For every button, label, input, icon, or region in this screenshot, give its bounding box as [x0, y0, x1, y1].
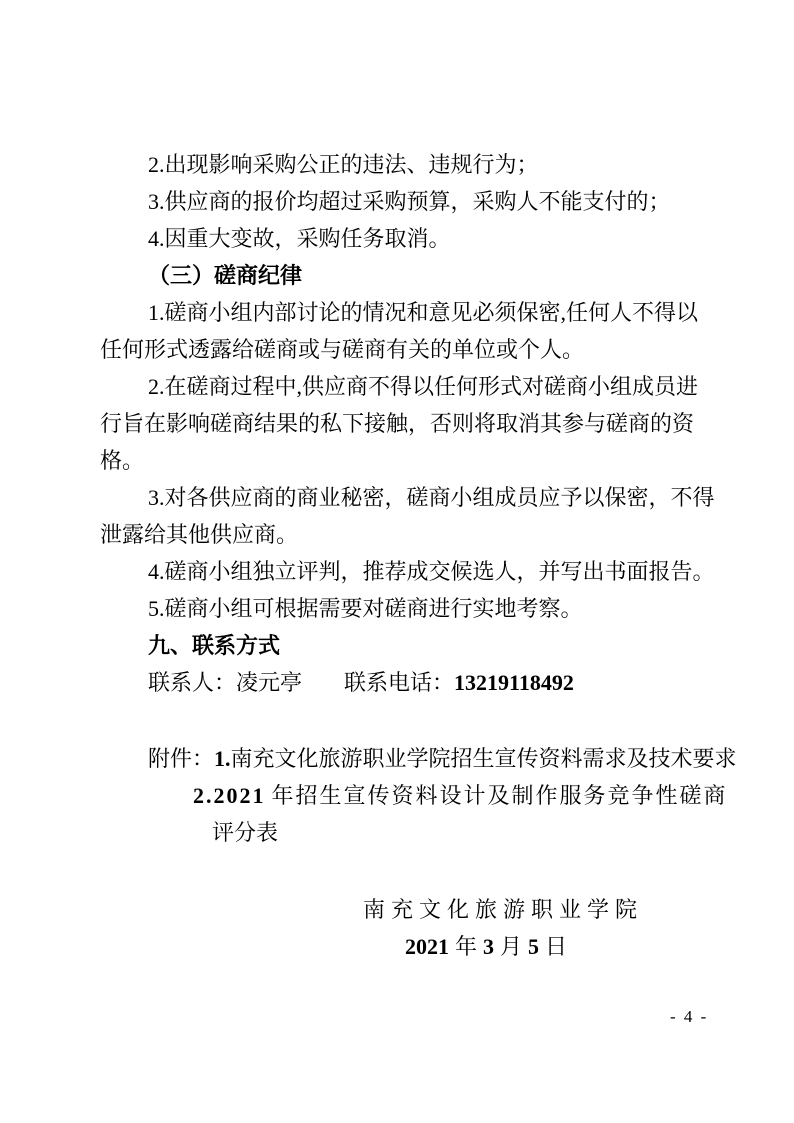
- date-month-unit: 月: [500, 934, 522, 959]
- date-day: 5: [528, 934, 539, 959]
- attachment-text: 评分表: [212, 820, 278, 845]
- body-line: 3.供应商的报价均超过采购预算，采购人不能支付的；: [100, 183, 694, 220]
- page-number: - 4 -: [670, 1006, 708, 1028]
- attachment-text: 年招生宣传资料设计及制作服务竞争性磋商: [272, 783, 728, 808]
- subsection-heading: （三）磋商纪律: [100, 257, 694, 294]
- body-line: 3.对各供应商的商业秘密，磋商小组成员应予以保密，不得: [100, 479, 694, 516]
- body-line: 2.出现影响采购公正的违法、违规行为；: [100, 146, 694, 183]
- attachment-item: 2.2021年招生宣传资料设计及制作服务竞争性磋商: [100, 777, 694, 814]
- attachments-label: 附件：: [148, 746, 214, 771]
- document-body: 2.出现影响采购公正的违法、违规行为； 3.供应商的报价均超过采购预算，采购人不…: [100, 146, 694, 701]
- document-page: 2.出现影响采购公正的违法、违规行为； 3.供应商的报价均超过采购预算，采购人不…: [0, 0, 794, 1123]
- attachment-item-continuation: 评分表: [100, 814, 694, 851]
- body-line: 行旨在影响磋商结果的私下接触，否则将取消其参与磋商的资: [100, 405, 694, 442]
- body-line: 1.磋商小组内部讨论的情况和意见必须保密,任何人不得以: [100, 294, 694, 331]
- body-line: 5.磋商小组可根据需要对磋商进行实地考察。: [100, 590, 694, 627]
- date-month: 3: [483, 934, 494, 959]
- date-day-unit: 日: [545, 934, 567, 959]
- body-line: 泄露给其他供应商。: [100, 516, 694, 553]
- attachment-text: 南充文化旅游职业学院招生宣传资料需求及技术要求: [231, 746, 737, 771]
- body-line: 格。: [100, 442, 694, 479]
- contact-phone-label: 联系电话：: [344, 670, 454, 695]
- signature-organization: 南充文化旅游职业学院: [363, 891, 643, 928]
- body-line: 任何形式透露给磋商或与磋商有关的单位或个人。: [100, 331, 694, 368]
- contact-phone: 13219118492: [454, 670, 574, 695]
- body-line: 4.磋商小组独立评判，推荐成交候选人，并写出书面报告。: [100, 553, 694, 590]
- body-line: 2.在磋商过程中,供应商不得以任何形式对磋商小组成员进: [100, 368, 694, 405]
- date-year: 2021: [405, 934, 449, 959]
- section-heading: 九、联系方式: [100, 627, 694, 664]
- contact-person: 凌元亭: [236, 670, 302, 695]
- attachment-item: 附件：1.南充文化旅游职业学院招生宣传资料需求及技术要求: [100, 740, 694, 777]
- attachment-number: 1.: [214, 746, 231, 771]
- signature-date: 2021年3月5日: [405, 928, 573, 965]
- contact-person-label: 联系人：: [148, 670, 236, 695]
- contact-line: 联系人：凌元亭联系电话：13219118492: [100, 664, 694, 701]
- body-line: 4.因重大变故，采购任务取消。: [100, 220, 694, 257]
- attachments-block: 附件：1.南充文化旅游职业学院招生宣传资料需求及技术要求 2.2021年招生宣传…: [100, 740, 694, 851]
- date-year-unit: 年: [455, 934, 477, 959]
- attachment-number: 2.2021: [193, 783, 266, 808]
